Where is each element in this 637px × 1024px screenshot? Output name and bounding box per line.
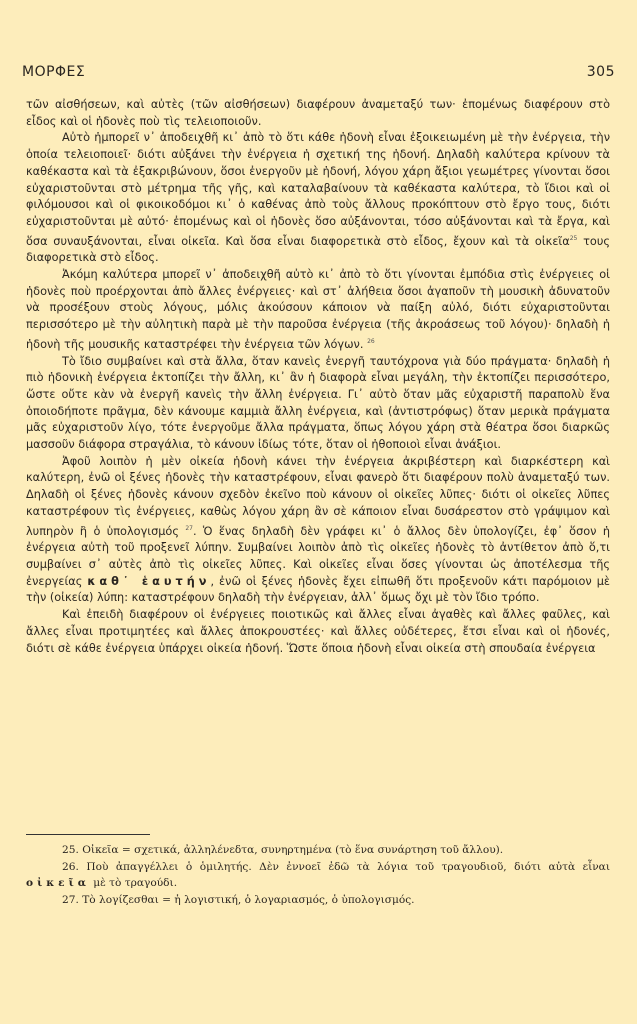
paragraph: Αὐτὸ ἠμπορεῖ ν᾽ ἀποδειχθῆ κι᾽ ἀπὸ τὸ ὅτι… xyxy=(26,130,610,267)
paragraph: Ἀφοῦ λοιπὸν ἡ μὲν οἰκεία ἡδονὴ κάνει τὴν… xyxy=(26,454,610,607)
footnote-ref[interactable]: 26 xyxy=(367,338,375,345)
paragraph: Καὶ ἐπειδὴ διαφέρουν οἱ ἐνέργειες ποιοτι… xyxy=(26,607,610,657)
emphasis-text: καθ᾽ ἑαυτήν xyxy=(87,575,210,588)
paragraph: Ἀκόμη καλύτερα μπορεῖ ν᾽ ἀποδειχθῆ αὐτὸ … xyxy=(26,267,610,354)
footnotes: 25. Οἰκεῖα = σχετικά, ἀλληλένεδτα, συνηρ… xyxy=(26,842,610,908)
emphasis-text: οἰκεῖα xyxy=(26,877,90,889)
footnote-divider xyxy=(26,834,150,835)
page-number: 305 xyxy=(587,64,615,80)
footnote-ref[interactable]: 27 xyxy=(185,525,193,532)
footnote: 26. Ποὺ ἀπαγγέλλει ὁ ὁμιλητής. Δὲν ἐννοε… xyxy=(26,859,610,892)
running-header: ΜΟΡΦΕΣ 305 xyxy=(22,64,615,80)
footnote: 25. Οἰκεῖα = σχετικά, ἀλληλένεδτα, συνηρ… xyxy=(26,842,610,859)
paragraph: τῶν αἰσθήσεων, καὶ αὐτὲς (τῶν αἰσθήσεων)… xyxy=(26,97,610,130)
running-title: ΜΟΡΦΕΣ xyxy=(22,64,85,80)
body-text: τῶν αἰσθήσεων, καὶ αὐτὲς (τῶν αἰσθήσεων)… xyxy=(26,97,610,657)
paragraph: Τὸ ἴδιο συμβαίνει καὶ στὰ ἄλλα, ὅταν καν… xyxy=(26,354,610,454)
footnote: 27. Τὸ λογίζεσθαι = ἡ λογιστική, ὁ λογαρ… xyxy=(26,892,610,909)
